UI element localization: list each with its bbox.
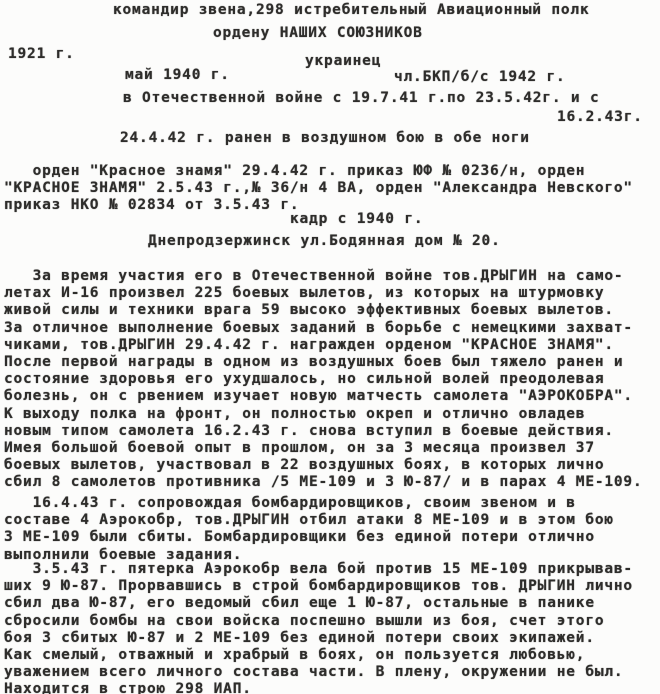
final-assessment-paragraph: 3.5.43 г. пятерка Аэрокобр вела бой прот…: [4, 561, 658, 694]
escort-mission-paragraph: 16.4.43 г. сопровождая бомбардировщиков,…: [4, 495, 658, 564]
war-participation-line: в Отечественной войне с 19.7.41 г.по 23.…: [123, 90, 600, 107]
party-membership: чл.БКП/б/с 1942 г.: [394, 69, 566, 86]
document-page: командир звена,298 истребительный Авиаци…: [0, 0, 660, 694]
cadre-note: кадр с 1940 г.: [290, 211, 423, 228]
birth-year: 1921 г.: [8, 46, 75, 63]
combat-record-paragraph: За время участия его в Отечественной вой…: [4, 268, 658, 492]
war-participation-continuation: 16.2.43г.: [557, 109, 643, 126]
in-army-since: май 1940 г.: [125, 67, 230, 84]
wound-note: 24.4.42 г. ранен в воздушном бою в обе н…: [120, 130, 530, 147]
nationality: украинец: [305, 53, 381, 70]
order-dedication-line: ордену НАШИХ СОЮЗНИКОВ: [213, 25, 423, 42]
home-address: Днепродзержинск ул.Бодянная дом № 20.: [148, 233, 501, 250]
awards-paragraph: орден "Красное знамя" 29.4.42 г. приказ …: [4, 163, 658, 215]
unit-line: командир звена,298 истребительный Авиаци…: [113, 2, 590, 19]
